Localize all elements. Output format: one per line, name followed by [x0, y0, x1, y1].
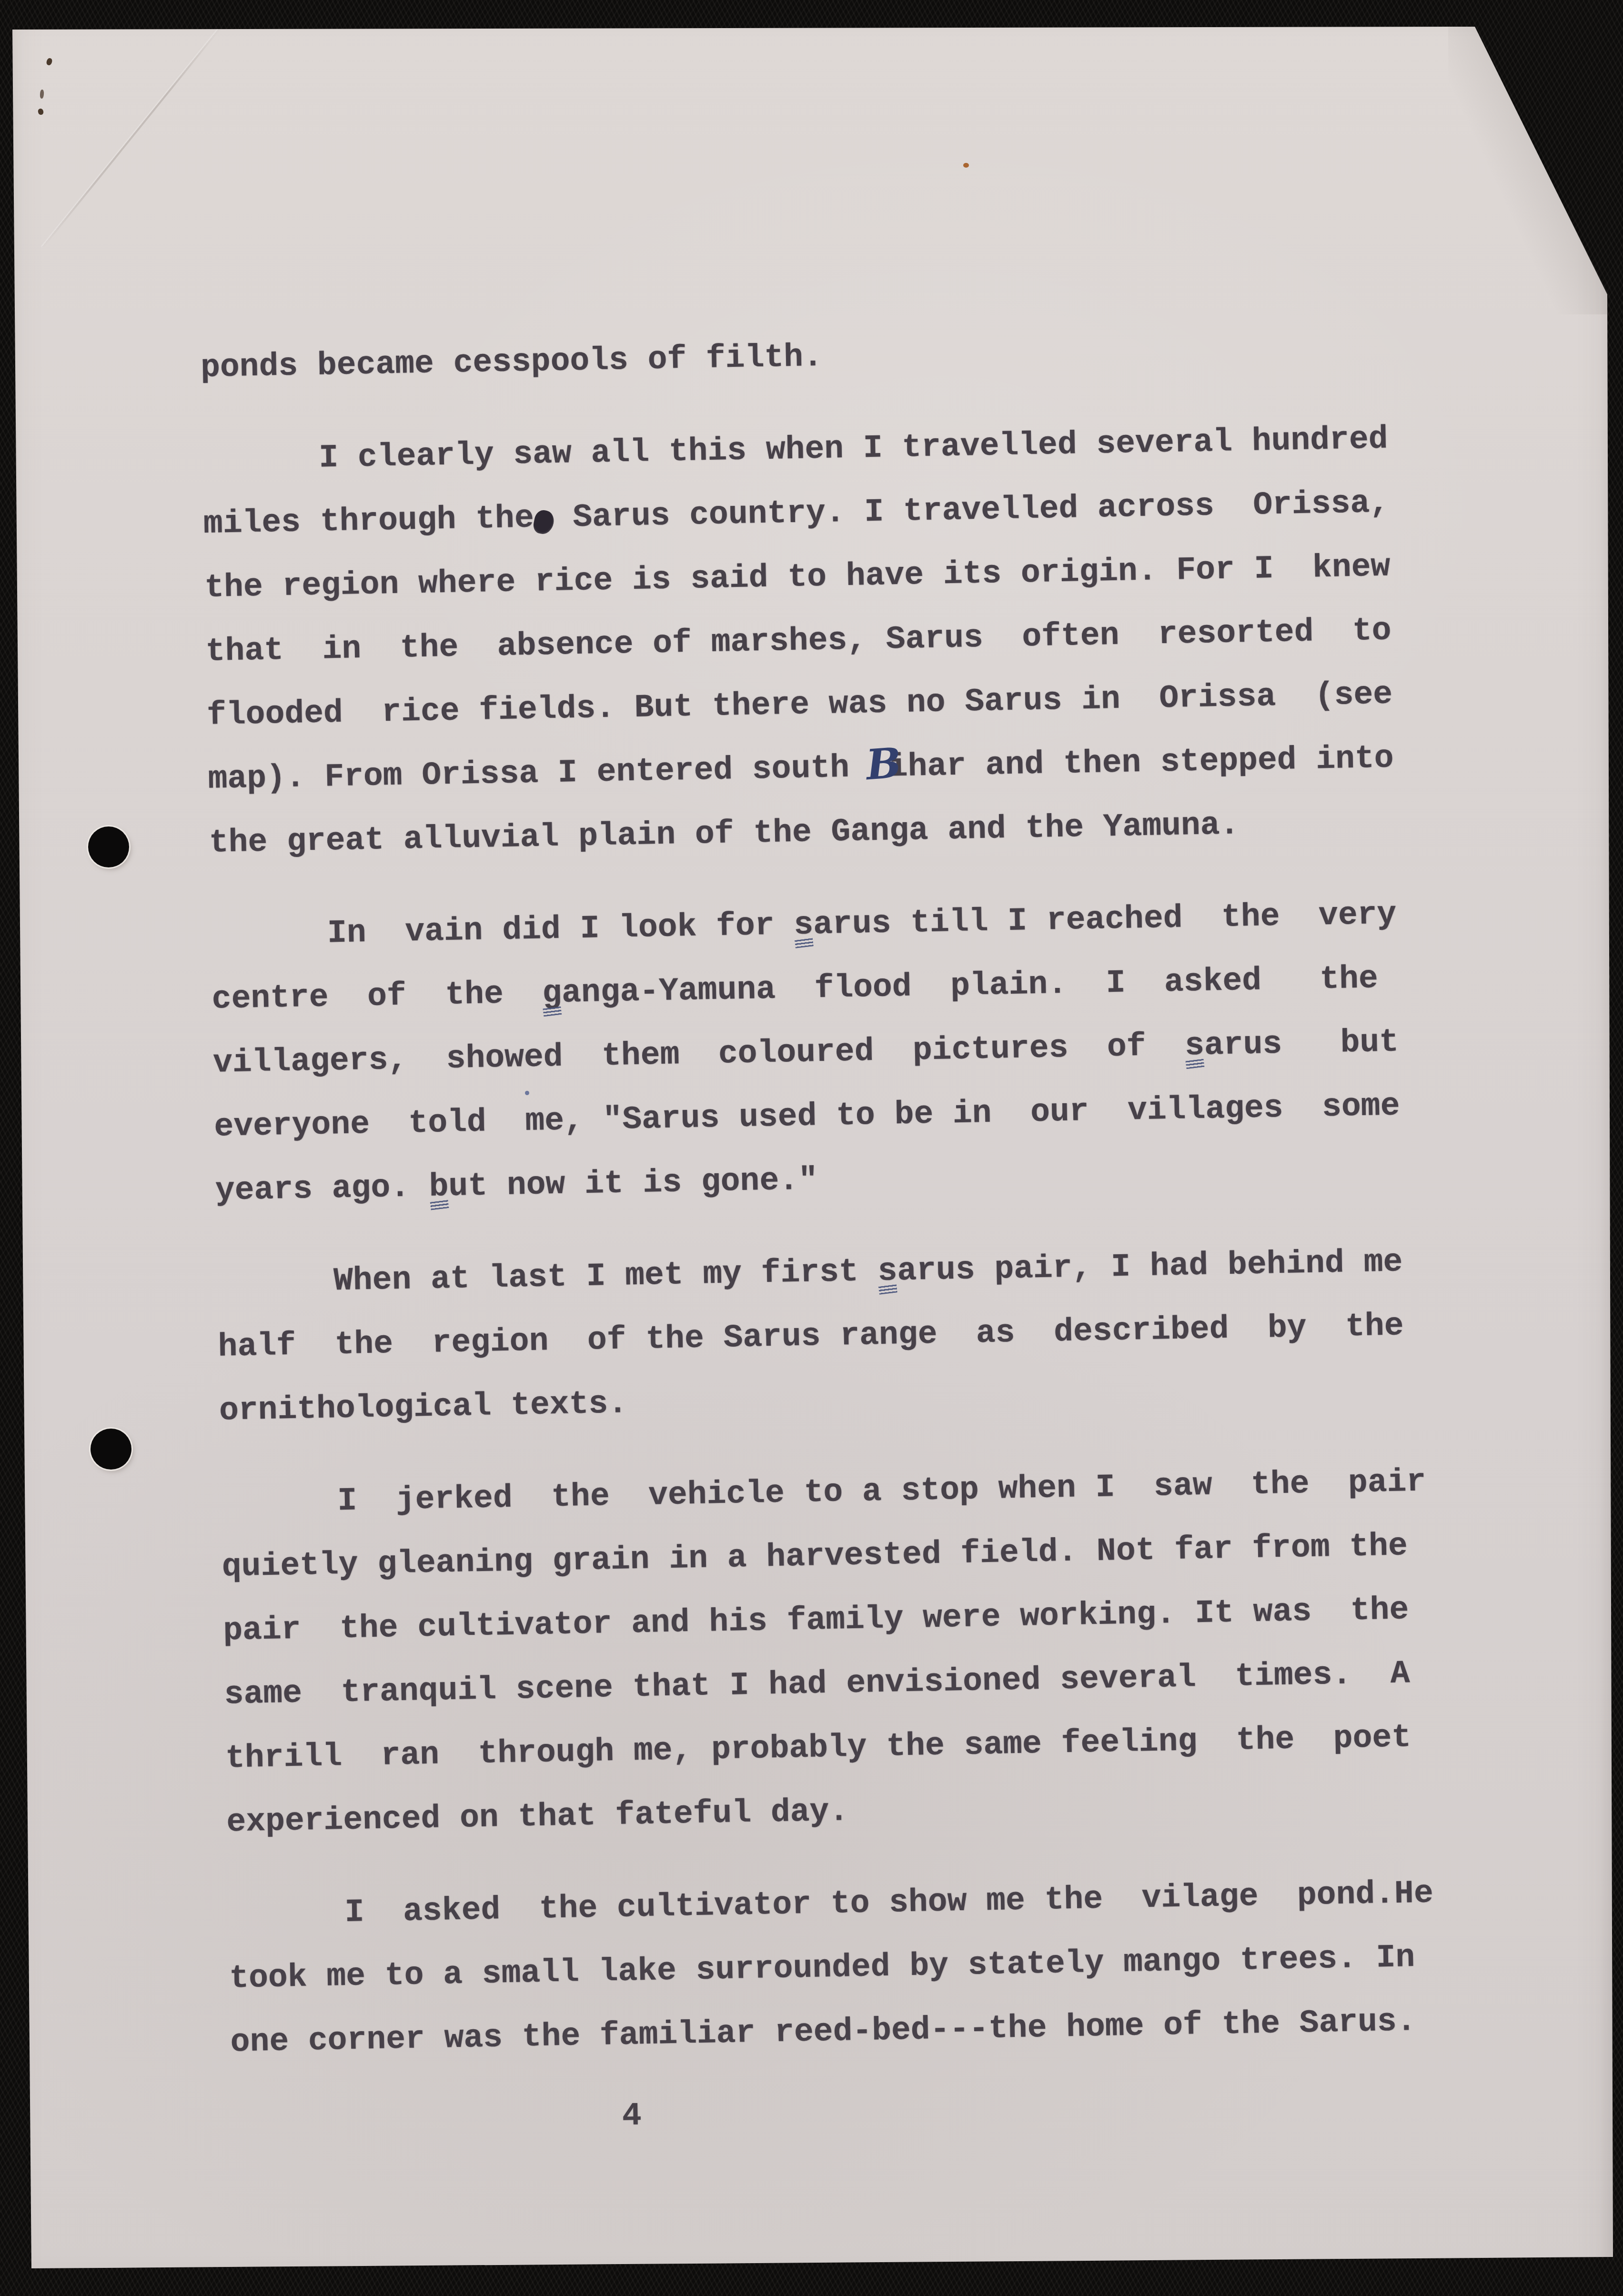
manuscript-page: ponds became cesspools of filth. I clear… — [0, 0, 1623, 2296]
punch-hole-bottom — [91, 1429, 131, 1470]
paragraph: I clearly saw all this when I travelled … — [202, 407, 1448, 876]
typed-line: ponds became cesspools of filth. — [200, 314, 1440, 400]
paragraph: I jerked the vehicle to a stop when I sa… — [220, 1450, 1465, 1854]
handwritten-correction: B — [865, 743, 887, 786]
capitalize-proof-mark: s — [794, 906, 814, 944]
capitalize-proof-mark: g — [542, 975, 562, 1012]
paragraph: I asked the cultivator to show me the vi… — [228, 1861, 1470, 2074]
capitalize-proof-mark: b — [429, 1168, 449, 1206]
scan-background: ponds became cesspools of filth. I clear… — [0, 0, 1623, 2296]
paragraph: When at last I met my first sarus pair, … — [216, 1229, 1458, 1443]
staple-mark — [46, 58, 53, 66]
paper-speck — [963, 163, 969, 168]
paper-crease — [42, 27, 222, 248]
ink-blot — [532, 509, 555, 536]
paragraph: In vain did I look for sarus till I reac… — [210, 882, 1454, 1223]
capitalize-proof-mark: s — [877, 1253, 897, 1290]
page-number: 4 — [622, 2098, 642, 2135]
paragraph: ponds became cesspools of filth. — [200, 314, 1440, 400]
typed-text-block: ponds became cesspools of filth. I clear… — [200, 314, 1470, 2075]
staple-mark — [40, 90, 44, 99]
corner-fold-shadow — [1448, 19, 1620, 314]
capitalize-proof-mark: s — [1185, 1027, 1205, 1065]
staple-mark — [38, 108, 44, 115]
punch-hole-top — [88, 826, 129, 867]
